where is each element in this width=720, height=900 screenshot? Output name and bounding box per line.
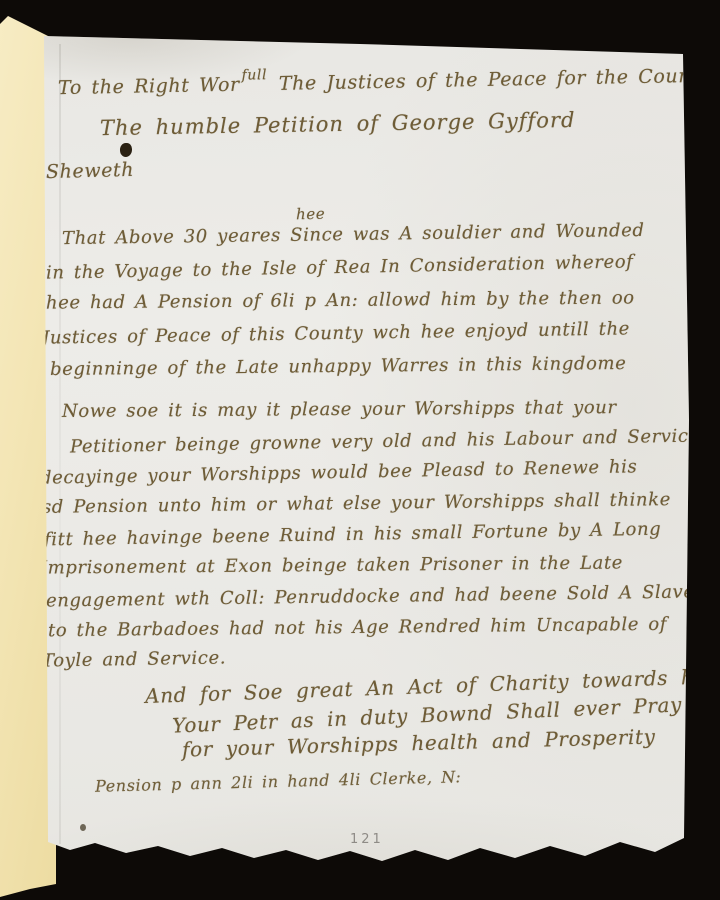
petition-title: The humble Petition of George Gyfford: [100, 108, 576, 140]
salutation-superscript: full: [241, 67, 267, 83]
body-line: to the Barbadoes had not his Age Rendred…: [48, 614, 667, 641]
body-line: hee had A Pension of 6li p An: allowd hi…: [46, 287, 635, 313]
body-line: sd Pension unto him or what else your Wo…: [42, 489, 671, 518]
body-line: Imprisonement at Exon beinge taken Priso…: [40, 552, 623, 578]
salutation-post: The Justices of the Peace for the County…: [279, 63, 720, 95]
body-line: fitt hee havinge beene Ruind in his smal…: [44, 519, 662, 551]
body-line: engagement wth Coll: Penruddocke and had…: [46, 581, 695, 611]
manuscript-page: To the Right Worfull The Justices of the…: [0, 0, 720, 900]
body-line: Nowe soe it is may it please your Worshi…: [62, 397, 617, 422]
body-line: That Above 30 yeares Since was A souldie…: [62, 220, 645, 249]
body-line: beginninge of the Late unhappy Warres in…: [50, 353, 627, 380]
ink-speck: [80, 824, 86, 831]
body-line: decayinge your Worshipps would bee Pleas…: [40, 456, 638, 488]
sheweth-word: Sheweth: [46, 159, 135, 183]
body-line: Toyle and Service.: [42, 647, 226, 671]
salutation-pre: To the Right Wor: [58, 74, 240, 99]
ink-blot: [120, 143, 132, 157]
interlinear-insert-hee: hee: [296, 205, 326, 224]
body-line: in the Voyage to the Isle of Rea In Cons…: [46, 251, 634, 283]
folio-number: 121: [350, 832, 384, 847]
body-line: Petitioner beinge growne very old and hi…: [70, 426, 700, 458]
clerical-note: Pension p ann 2li in hand 4li Clerke, N:: [95, 767, 462, 796]
heading-salutation: To the Right Worfull The Justices of the…: [58, 63, 720, 99]
body-line: Justices of Peace of this County wch hee…: [42, 318, 630, 348]
photograph-backdrop: To the Right Worfull The Justices of the…: [0, 0, 720, 900]
